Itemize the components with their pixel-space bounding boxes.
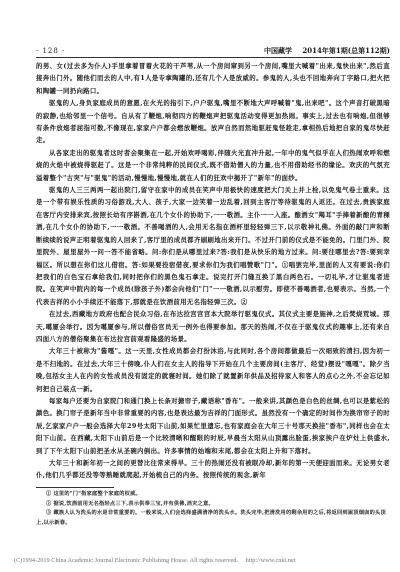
copyright-footer: (C)1994-2019 China Academic Journal Elec…: [14, 557, 394, 564]
page-number: · 128 ·: [36, 46, 65, 56]
cnki-link[interactable]: http://www.cnki.net: [246, 557, 296, 564]
journal-page: · 128 · 中国藏学 2014年第1期(总第112期) 的男、女(过去多为仆…: [0, 0, 400, 572]
journal-issue: 2014年第1期(总第112期): [302, 46, 390, 55]
footnotes: ① 这里的"门"指家庭整个家庭的权威。 ② 据说,饮酒前用无名指轻点三下,表示供…: [36, 490, 390, 528]
footnote-divider: [36, 487, 114, 488]
paragraph: 在过去,西藏地方政府也配合民众习俗,在布达拉宫宫宫本大院举行驱鬼仪式。其仪式主要…: [36, 308, 390, 345]
journal-info: 中国藏学 2014年第1期(总第112期): [264, 46, 390, 56]
footnote-2: ② 据说,饮酒前用无名指轻点三下,表示供奉三宝,并有供佛,消灾之意。: [36, 500, 390, 510]
footnote-1: ① 这里的"门"指家庭整个家庭的权威。: [36, 490, 390, 500]
paragraph: 大年三十被称为"酱嘎"。这一天里,女性成员都会打扮沐浴,与此同时,各个房间都做最…: [36, 345, 390, 395]
running-header: · 128 · 中国藏学 2014年第1期(总第112期): [36, 44, 390, 58]
copyright-text: (C)1994-2019 China Academic Journal Elec…: [14, 557, 238, 564]
paragraph: 驱鬼的人三三两两一起出院门,留守在家中的成员在笑声中用极快的速度把大门关上并上栓…: [36, 184, 390, 308]
article-body: 的男、女(过去多为仆人)手里拿着冒着火花的干芦苇,从一个房间窜到另一个房间,嘴里…: [36, 60, 390, 482]
footnote-3: ③ 藏族人认为洗头的水是非常重要的。一般来说,人们会选择盛满清净的洗头水。洗头完…: [36, 509, 390, 528]
paragraph: 驱鬼的人,身负家庭成员的意愿,在火光的指引下,户户驱鬼,嘴里不断地大声呼喊着"鬼…: [36, 97, 390, 147]
paragraph: 大年三十和新年初一之间的更替比往常来得早。三十的热闹还没有被眠冷却,新年的第一天…: [36, 457, 390, 482]
paragraph-continued: 的男、女(过去多为仆人)手里拿着冒着火花的干芦苇,从一个房间窜到另一个房间,嘴里…: [36, 60, 390, 97]
paragraph: 每家每户还要为自家院门和通门换上长条对搪帘子,藏语称"香布"。一般来讲,其颜色是…: [36, 395, 390, 457]
paragraph: 从各家走出的驱鬼者这时者会聚集在一起,开始欢呼喝彩,伴随火光直冲升起,一年中的鬼…: [36, 147, 390, 184]
journal-title: 中国藏学: [264, 46, 292, 55]
